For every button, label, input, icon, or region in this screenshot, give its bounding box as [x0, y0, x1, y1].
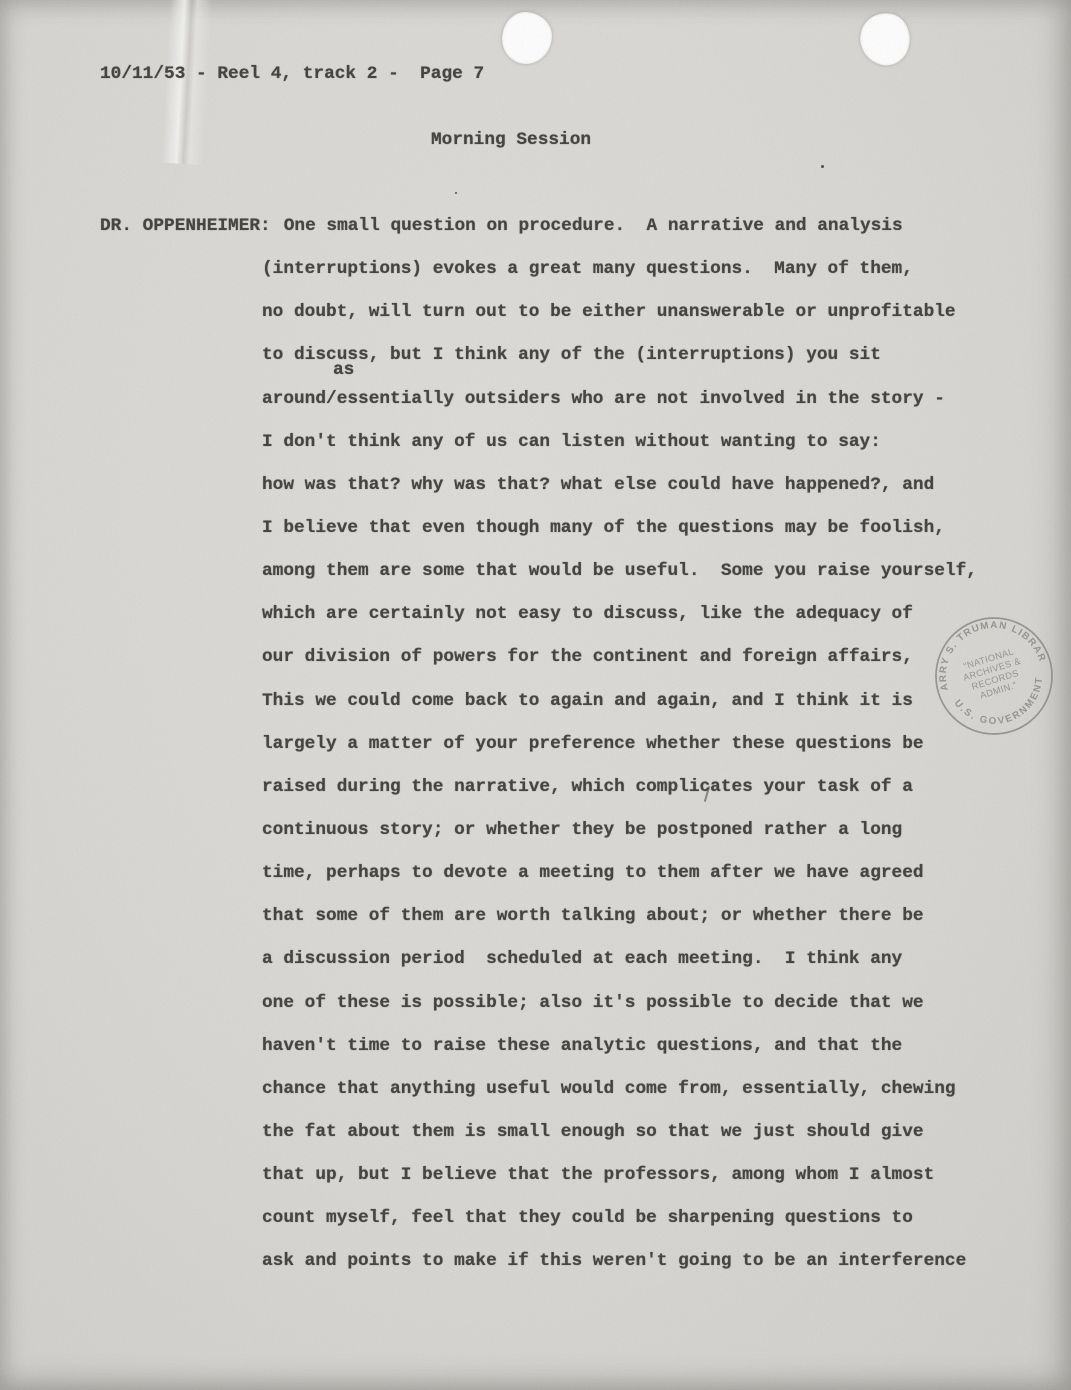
hole-punch-left	[502, 12, 552, 64]
transcript-line: largely a matter of your preference whet…	[0, 723, 1071, 766]
transcript-body: DR. OPPENHEIMER:One small question on pr…	[0, 205, 1071, 1284]
ink-speck	[821, 165, 824, 168]
document-page: 10/11/53 - Reel 4, track 2 - Page 7 Morn…	[0, 0, 1071, 1390]
hole-punch-right	[854, 8, 915, 71]
transcript-line: one of these is possible; also it's poss…	[0, 982, 1071, 1025]
transcript-line: continuous story; or whether they be pos…	[0, 809, 1071, 852]
inserted-word: as	[333, 360, 354, 380]
transcript-line: no doubt, will turn out to be either una…	[0, 291, 1071, 334]
transcript-line: how was that? why was that? what else co…	[0, 464, 1071, 507]
transcript-line: I believe that even though many of the q…	[0, 507, 1071, 550]
transcript-line: I don't think any of us can listen witho…	[0, 421, 1071, 464]
document-header: 10/11/53 - Reel 4, track 2 - Page 7	[100, 64, 484, 84]
transcript-line: This we could come back to again and aga…	[0, 680, 1071, 723]
transcript-line: raised during the narrative, which compl…	[0, 766, 1071, 809]
session-title: Morning Session	[431, 130, 591, 150]
transcript-line: to discuss, but I think any of the (inte…	[0, 334, 1071, 377]
speaker-label: DR. OPPENHEIMER:	[100, 216, 271, 236]
archival-stamp: HARRY S. TRUMAN LIBRARY U.S. GOVERNMENT …	[917, 599, 1071, 753]
transcript-line: a discussion period scheduled at each me…	[0, 938, 1071, 981]
transcript-line: the fat about them is small enough so th…	[0, 1111, 1071, 1154]
transcript-line: that some of them are worth talking abou…	[0, 895, 1071, 938]
transcript-line: haven't time to raise these analytic que…	[0, 1025, 1071, 1068]
transcript-line: that up, but I believe that the professo…	[0, 1154, 1071, 1197]
transcript-line: ask and points to make if this weren't g…	[0, 1240, 1071, 1283]
transcript-line: count myself, feel that they could be sh…	[0, 1197, 1071, 1240]
transcript-line: among them are some that would be useful…	[0, 550, 1071, 593]
transcript-line: which are certainly not easy to discuss,…	[0, 593, 1071, 636]
transcript-line: (interruptions) evokes a great many ques…	[0, 248, 1071, 291]
ink-speck	[455, 192, 457, 194]
transcript-line: DR. OPPENHEIMER:One small question on pr…	[0, 205, 1071, 248]
transcript-line: chance that anything useful would come f…	[0, 1068, 1071, 1111]
transcript-line: our division of powers for the continent…	[0, 636, 1071, 679]
transcript-line: time, perhaps to devote a meeting to the…	[0, 852, 1071, 895]
transcript-line-text: One small question on procedure. A narra…	[271, 216, 903, 236]
transcript-line: around/essentially outsiders who are not…	[0, 378, 1071, 421]
